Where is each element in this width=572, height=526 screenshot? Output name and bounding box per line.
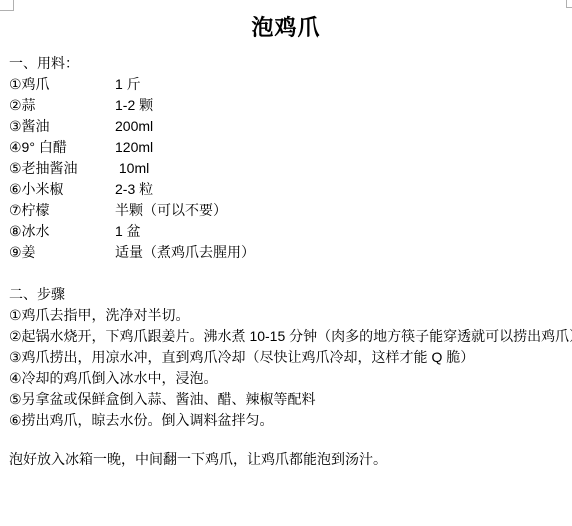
step-line: ⑥捞出鸡爪，晾去水份。倒入调料盆拌匀。 xyxy=(9,410,566,431)
ingredient-row: ⑦柠檬半颗（可以不要） xyxy=(9,200,566,221)
ingredient-row: ③酱油200ml xyxy=(9,116,566,137)
ingredient-name: ①鸡爪 xyxy=(9,74,115,95)
step-line: ⑤另拿盆或保鲜盒倒入蒜、酱油、醋、辣椒等配料 xyxy=(9,389,566,410)
ingredient-row: ⑨姜适量（煮鸡爪去腥用） xyxy=(9,242,566,263)
ingredients-heading: 一、用料： xyxy=(9,53,566,74)
ingredient-row: ④9° 白醋120ml xyxy=(9,137,566,158)
ingredient-name: ⑦柠檬 xyxy=(9,200,115,221)
ingredient-row: ⑥小米椒2-3 粒 xyxy=(9,179,566,200)
ingredient-name: ④9° 白醋 xyxy=(9,137,115,158)
ingredient-name: ③酱油 xyxy=(9,116,115,137)
ingredient-name: ⑧冰水 xyxy=(9,221,115,242)
ingredient-quantity: 1 斤 xyxy=(115,74,141,95)
step-line: ①鸡爪去指甲，洗净对半切。 xyxy=(9,305,566,326)
ingredient-quantity: 适量（煮鸡爪去腥用） xyxy=(115,242,255,263)
footer-note: 泡好放入冰箱一晚，中间翻一下鸡爪，让鸡爪都能泡到汤汁。 xyxy=(9,449,566,470)
ingredient-row: ⑤老抽酱油 10ml xyxy=(9,158,566,179)
steps-heading: 二、步骤 xyxy=(9,284,566,305)
step-line: ②起锅水烧开，下鸡爪跟姜片。沸水煮 10-15 分钟（肉多的地方筷子能穿透就可以… xyxy=(9,326,566,347)
step-line: ④冷却的鸡爪倒入冰水中，浸泡。 xyxy=(9,368,566,389)
ingredient-name: ⑨姜 xyxy=(9,242,115,263)
blank-line xyxy=(9,263,566,284)
ingredient-quantity: 1-2 颗 xyxy=(115,95,153,116)
ingredient-quantity: 半颗（可以不要） xyxy=(115,200,227,221)
document-page: 泡鸡爪 一、用料： ①鸡爪1 斤 ②蒜1-2 颗 ③酱油200ml ④9° 白醋… xyxy=(0,0,572,526)
text-boundary-corner-top-left-icon xyxy=(0,0,14,11)
step-line: ③鸡爪捞出，用凉水冲，直到鸡爪冷却（尽快让鸡爪冷却，这样才能 Q 脆） xyxy=(9,347,566,368)
page-title: 泡鸡爪 xyxy=(0,14,572,42)
ingredient-quantity: 200ml xyxy=(115,116,153,137)
ingredient-name: ⑤老抽酱油 xyxy=(9,158,115,179)
blank-line xyxy=(9,431,566,449)
ingredient-name: ②蒜 xyxy=(9,95,115,116)
ingredient-name: ⑥小米椒 xyxy=(9,179,115,200)
ingredient-quantity: 1 盆 xyxy=(115,221,141,242)
ingredient-row: ②蒜1-2 颗 xyxy=(9,95,566,116)
ingredient-row: ①鸡爪1 斤 xyxy=(9,74,566,95)
ingredient-quantity: 10ml xyxy=(115,158,149,179)
document-body: 一、用料： ①鸡爪1 斤 ②蒜1-2 颗 ③酱油200ml ④9° 白醋120m… xyxy=(0,42,572,470)
ingredient-quantity: 120ml xyxy=(115,137,153,158)
ingredient-row: ⑧冰水1 盆 xyxy=(9,221,566,242)
text-boundary-corner-top-right-icon xyxy=(566,0,572,8)
ingredient-quantity: 2-3 粒 xyxy=(115,179,153,200)
